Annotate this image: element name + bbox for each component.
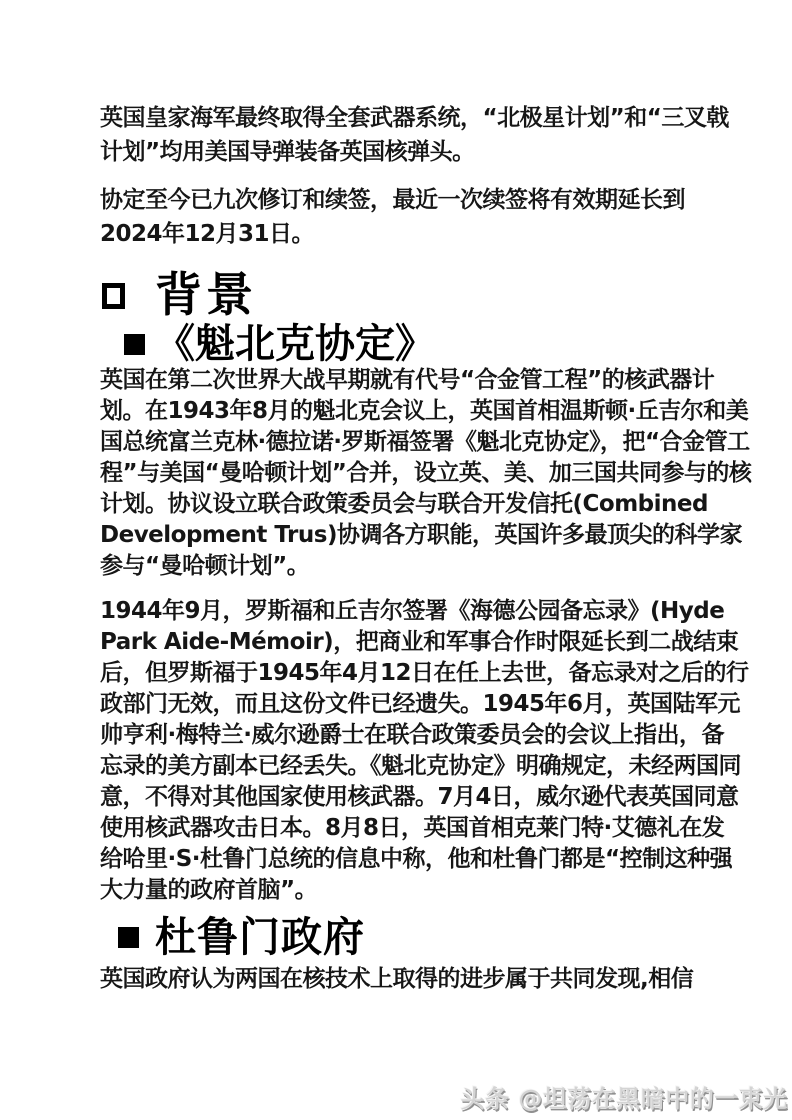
text-line: 2024年12月31日。	[100, 217, 740, 251]
text-line: 大力量的政府首脑”。	[100, 875, 740, 906]
section-heading-quebec: 《魁北克协定》	[124, 312, 435, 369]
hollow-square-bullet-icon	[102, 283, 125, 309]
intro-paragraph-2: 协定至今已九次修订和续签，最近一次续签将有效期延长到2024年12月31日。	[100, 183, 740, 251]
filled-square-bullet-icon	[118, 927, 139, 948]
truman-paragraph: 英国政府认为两国在核技术上取得的进步属于共同发现,相信	[100, 964, 740, 995]
filled-square-bullet-icon	[124, 334, 145, 355]
toutiao-watermark: 头条 @坦荡在黑暗中的一束光	[461, 1079, 788, 1114]
text-line: 1944年9月，罗斯福和丘吉尔签署《海德公园备忘录》(Hyde	[100, 596, 740, 627]
text-line: Park Aide-Mémoir)，把商业和军事合作时限延长到二战结束	[100, 627, 740, 658]
text-line: 帅亨利·梅特兰·威尔逊爵士在联合政策委员会的会议上指出，备	[100, 720, 740, 751]
text-line: 英国皇家海军最终取得全套武器系统，“北极星计划”和“三叉戟	[100, 101, 740, 135]
text-line: 后，但罗斯福于1945年4月12日在任上去世，备忘录对之后的行	[100, 658, 740, 689]
text-line: 英国在第二次世界大战早期就有代号“合金管工程”的核武器计	[100, 365, 740, 396]
text-line: 给哈里·S·杜鲁门总统的信息中称，他和杜鲁门都是“控制这种强	[100, 844, 740, 875]
text-line: 计划。协议设立联合政策委员会与联合开发信托(Combined	[100, 489, 740, 520]
text-line: 划。在1943年8月的魁北克会议上，英国首相温斯顿·丘吉尔和美	[100, 396, 740, 427]
intro-paragraph-1: 英国皇家海军最终取得全套武器系统，“北极星计划”和“三叉戟计划”均用美国导弹装备…	[100, 101, 740, 169]
text-line: 协定至今已九次修订和续签，最近一次续签将有效期延长到	[100, 183, 740, 217]
section-heading-text: 杜鲁门政府	[155, 904, 365, 963]
text-line: Development Trus)协调各方职能，英国许多最顶尖的科学家	[100, 520, 740, 551]
section-heading-truman: 杜鲁门政府	[118, 904, 365, 963]
section-heading-text: 《魁北克协定》	[155, 312, 435, 369]
text-line: 国总统富兰克林·德拉诺·罗斯福签署《魁北克协定》，把“合金管工	[100, 427, 740, 458]
text-line: 政部门无效，而且这份文件已经遗失。1945年6月，英国陆军元	[100, 689, 740, 720]
text-line: 程”与美国“曼哈顿计划”合并，设立英、美、加三国共同参与的核	[100, 458, 740, 489]
text-line: 英国政府认为两国在核技术上取得的进步属于共同发现,相信	[100, 964, 740, 995]
text-line: 计划”均用美国导弹装备英国核弹头。	[100, 135, 740, 169]
document-page: 英国皇家海军最终取得全套武器系统，“北极星计划”和“三叉戟计划”均用美国导弹装备…	[0, 0, 792, 1120]
text-line: 忘录的美方副本已经丢失。《魁北克协定》明确规定，未经两国同	[100, 751, 740, 782]
memoir-paragraph: 1944年9月，罗斯福和丘吉尔签署《海德公园备忘录》(HydePark Aide…	[100, 596, 740, 906]
text-line: 意，不得对其他国家使用核武器。7月4日，威尔逊代表英国同意	[100, 782, 740, 813]
text-line: 参与“曼哈顿计划”。	[100, 551, 740, 582]
text-line: 使用核武器攻击日本。8月8日，英国首相克莱门特·艾德礼在发	[100, 813, 740, 844]
quebec-paragraph: 英国在第二次世界大战早期就有代号“合金管工程”的核武器计划。在1943年8月的魁…	[100, 365, 740, 582]
